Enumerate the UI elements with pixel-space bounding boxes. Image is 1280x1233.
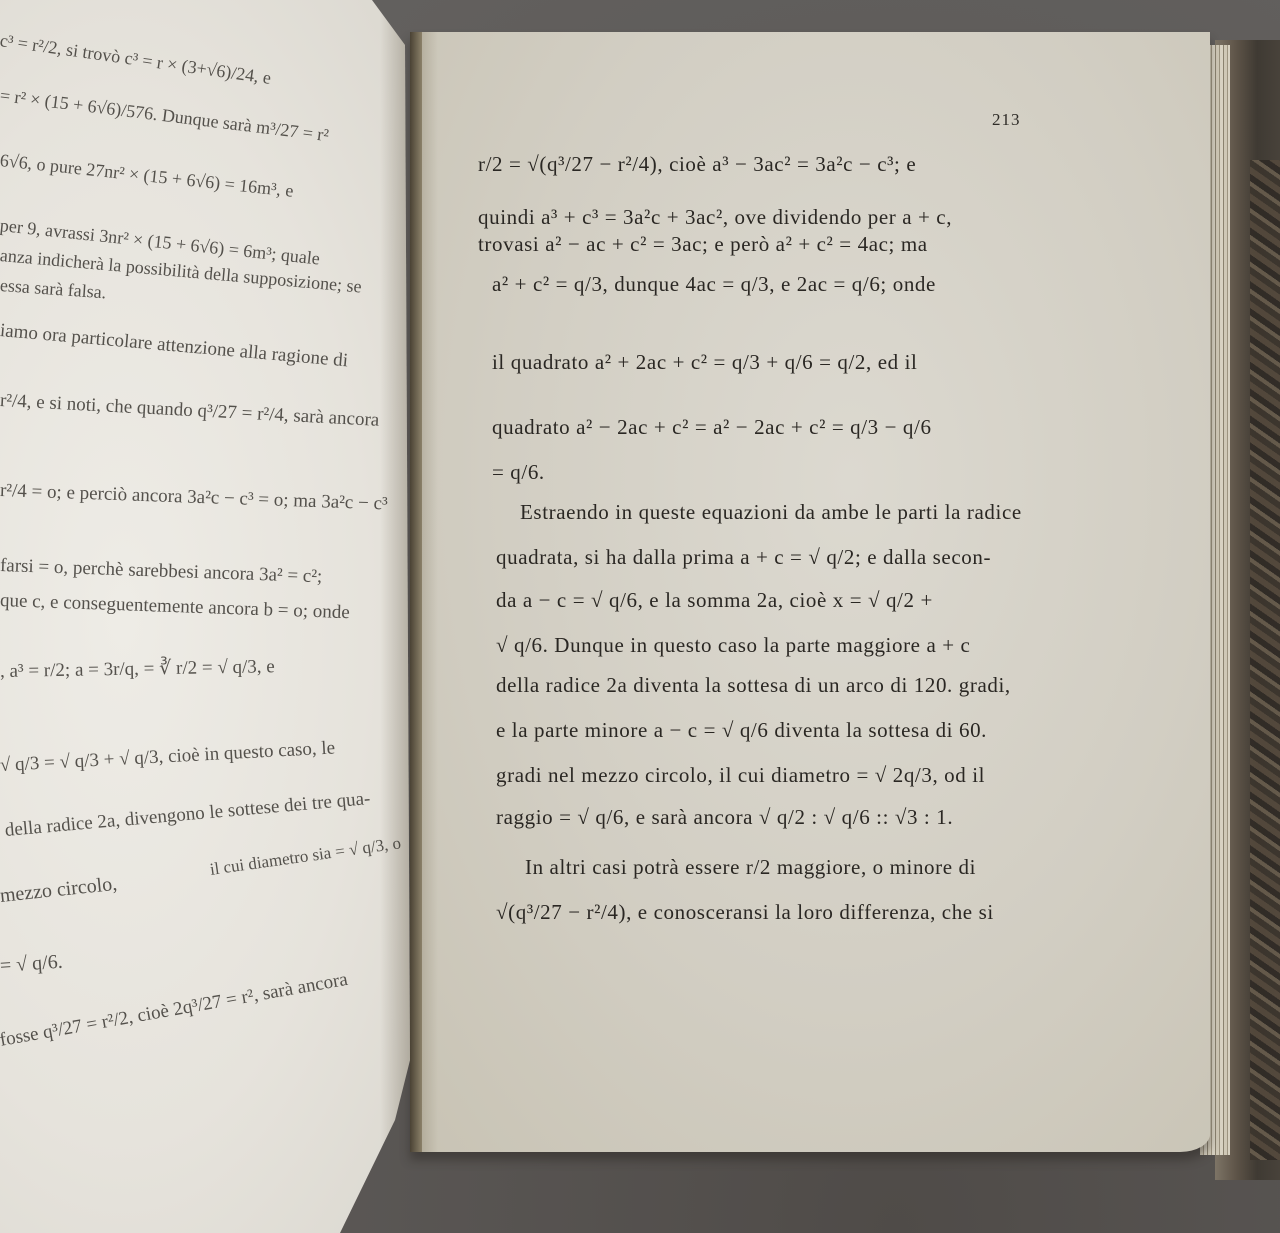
text-line: il quadrato a² + 2ac + c² = q/3 + q/6 = … <box>492 350 917 375</box>
text-line: = q/6. <box>492 460 545 485</box>
text-line: da a − c = √ q/6, e la somma 2a, cioè x … <box>496 588 933 613</box>
text-line: a² + c² = q/3, dunque 4ac = q/3, e 2ac =… <box>492 272 936 297</box>
page-number: 213 <box>992 110 1021 130</box>
text-line: quadrato a² − 2ac + c² = a² − 2ac + c² =… <box>492 415 932 440</box>
text-line: quadrata, si ha dalla prima a + c = √ q/… <box>496 545 991 570</box>
text-line: √(q³/27 − r²/4), e conosceransi la loro … <box>496 900 994 925</box>
text-line: quindi a³ + c³ = 3a²c + 3ac², ove divide… <box>478 205 952 230</box>
text-line: √ q/6. Dunque in questo caso la parte ma… <box>496 633 970 658</box>
text-line: della radice 2a diventa la sottesa di un… <box>496 673 1011 698</box>
text-line: gradi nel mezzo circolo, il cui diametro… <box>496 763 985 788</box>
text-line: trovasi a² − ac + c² = 3ac; e però a² + … <box>478 232 928 257</box>
text-line: = √ q/6. <box>0 951 63 978</box>
marbled-cover-edge <box>1250 160 1280 1160</box>
text-line: In altri casi potrà essere r/2 maggiore,… <box>525 855 976 880</box>
text-line: , a³ = r/2; a = 3r/q, = ∛ r/2 = √ q/3, e <box>0 655 275 683</box>
text-line: raggio = √ q/6, e sarà ancora √ q/2 : √ … <box>496 805 953 830</box>
text-line: Estraendo in queste equazioni da ambe le… <box>520 500 1022 525</box>
text-line: e la parte minore a − c = √ q/6 diventa … <box>496 718 987 743</box>
text-line: r/2 = √(q³/27 − r²/4), cioè a³ − 3ac² = … <box>478 152 916 177</box>
